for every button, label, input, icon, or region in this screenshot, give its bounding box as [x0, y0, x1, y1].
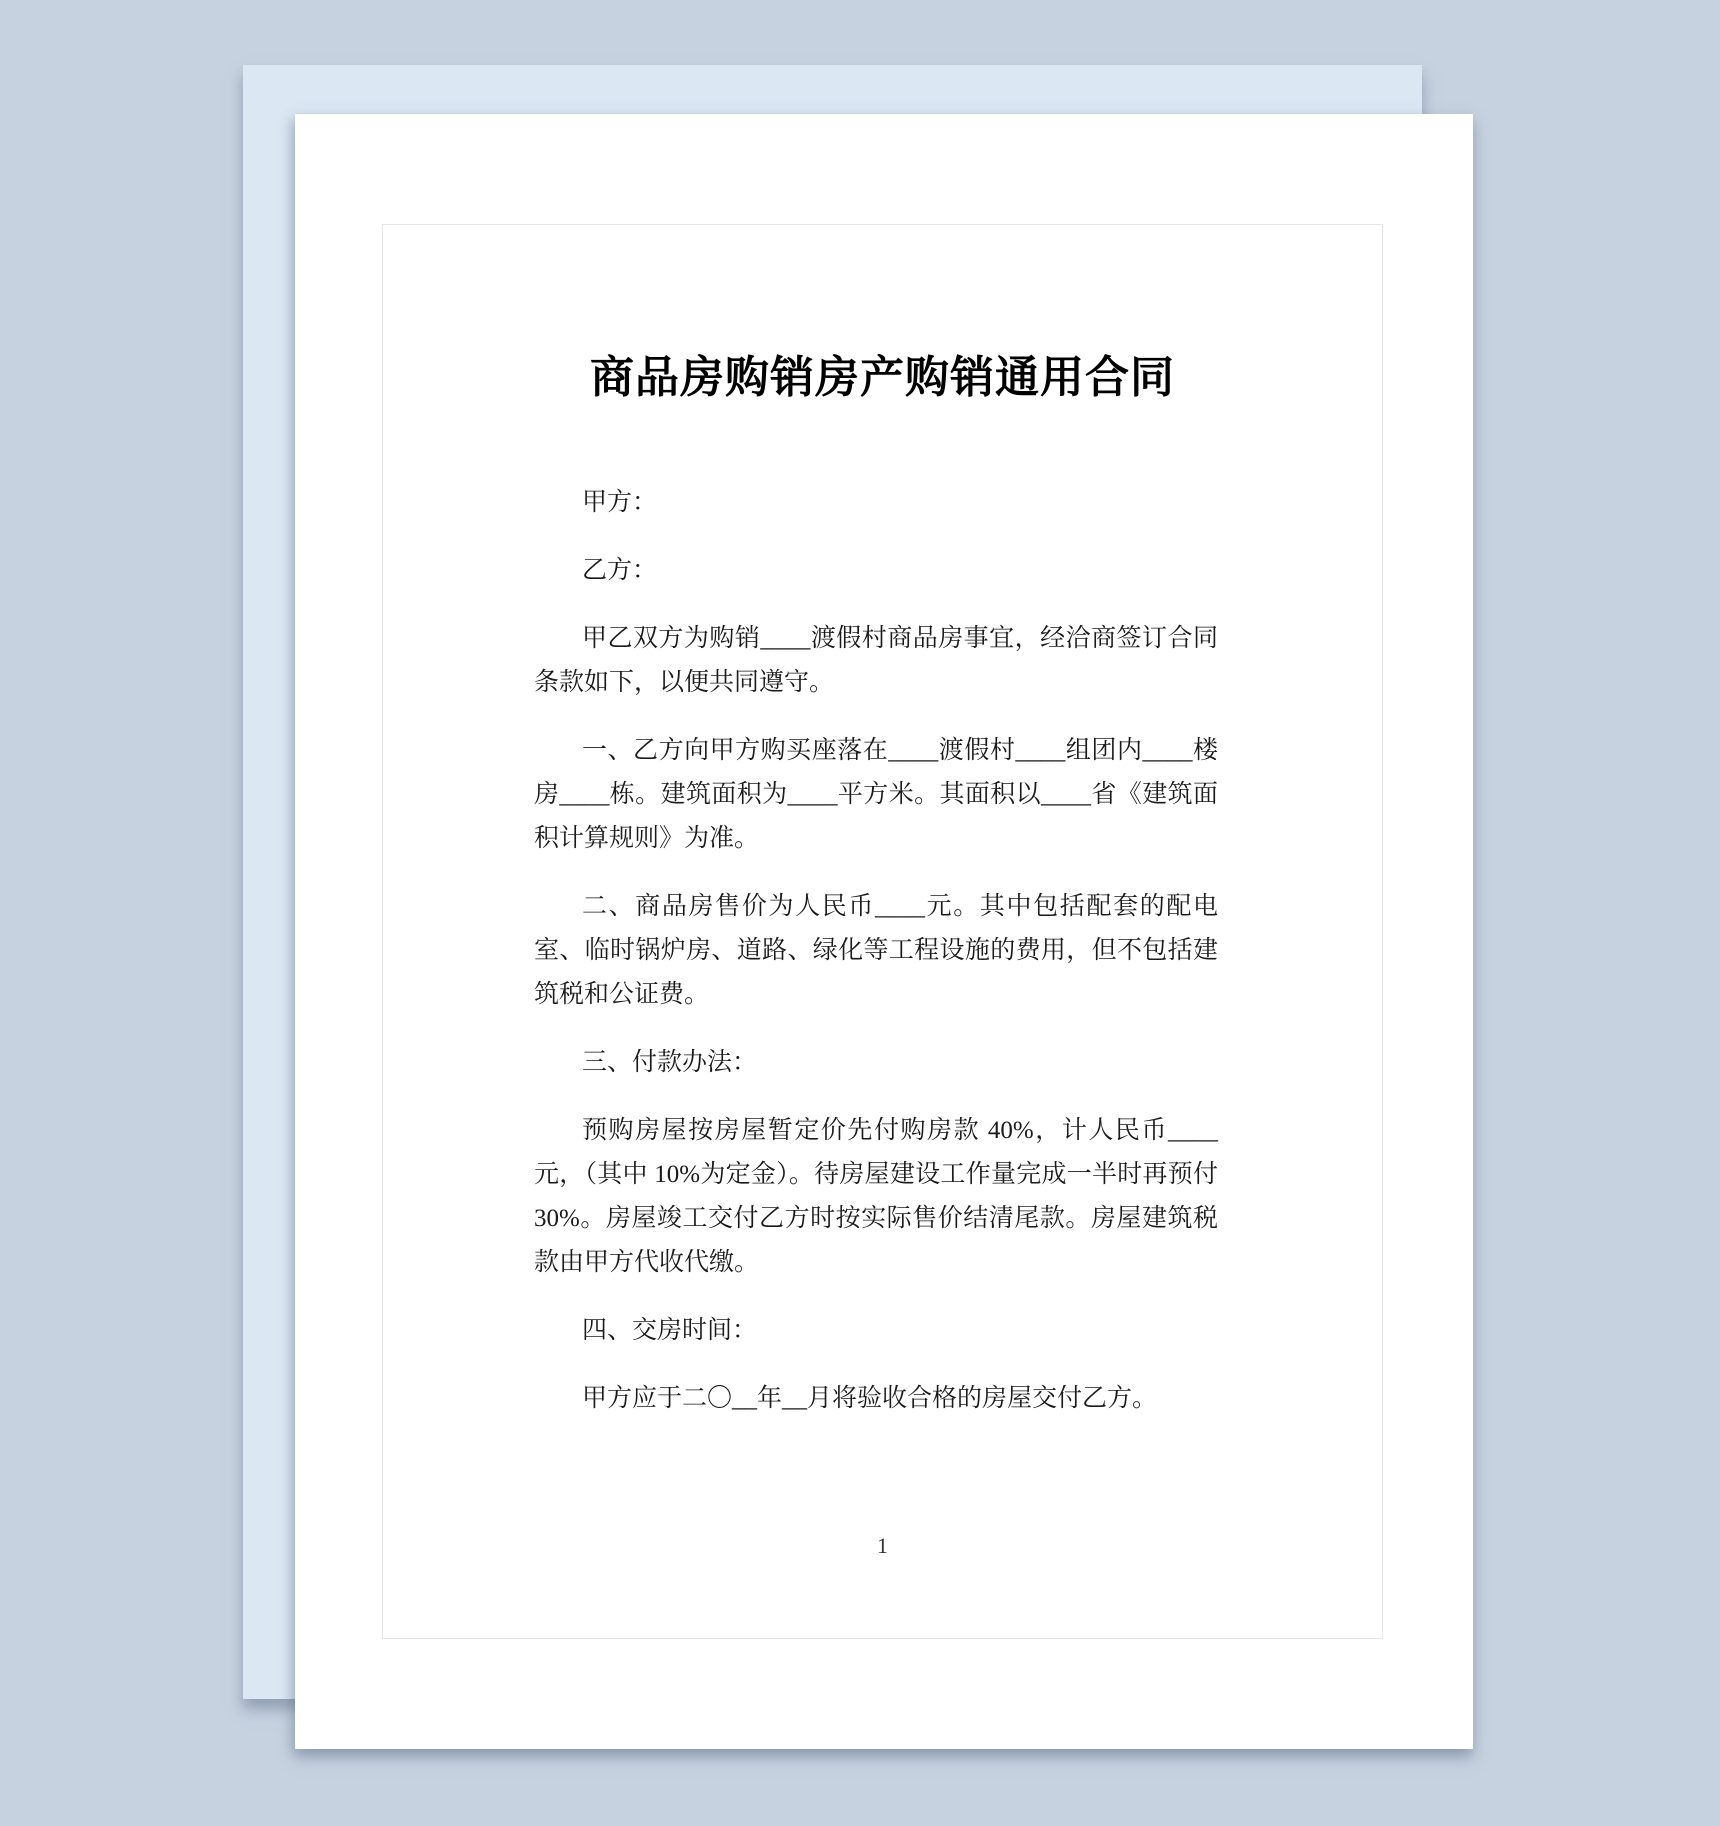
- content-frame: 商品房购销房产购销通用合同 甲方： 乙方： 甲乙双方为购销____渡假村商品房事…: [382, 224, 1383, 1639]
- page-number: 1: [383, 1533, 1382, 1559]
- paragraph-preamble: 甲乙双方为购销____渡假村商品房事宜，经洽商签订合同条款如下，以便共同遵守。: [534, 617, 1218, 705]
- desktop-background: { "document": { "title": "商品房购销房产购销通用合同"…: [0, 0, 1720, 1826]
- paragraph-clause-2: 二、商品房售价为人民币____元。其中包括配套的配电室、临时锅炉房、道路、绿化等…: [534, 885, 1218, 1017]
- paragraph-clause-1: 一、乙方向甲方购买座落在____渡假村____组团内____楼房____栋。建筑…: [534, 729, 1218, 861]
- paragraph-clause-4-body: 甲方应于二〇__年__月将验收合格的房屋交付乙方。: [534, 1377, 1218, 1421]
- paragraph-clause-3-head: 三、付款办法：: [534, 1041, 1218, 1085]
- document-body: 甲方： 乙方： 甲乙双方为购销____渡假村商品房事宜，经洽商签订合同条款如下，…: [534, 481, 1218, 1421]
- paragraph-clause-3-body: 预购房屋按房屋暂定价先付购房款 40%，计人民币____元，（其中 10%为定金…: [534, 1109, 1218, 1285]
- paragraph-party-a: 甲方：: [534, 481, 1218, 525]
- document-page: 商品房购销房产购销通用合同 甲方： 乙方： 甲乙双方为购销____渡假村商品房事…: [295, 114, 1473, 1749]
- document-title: 商品房购销房产购销通用合同: [383, 356, 1382, 400]
- paragraph-clause-4-head: 四、交房时间：: [534, 1309, 1218, 1353]
- paragraph-party-b: 乙方：: [534, 549, 1218, 593]
